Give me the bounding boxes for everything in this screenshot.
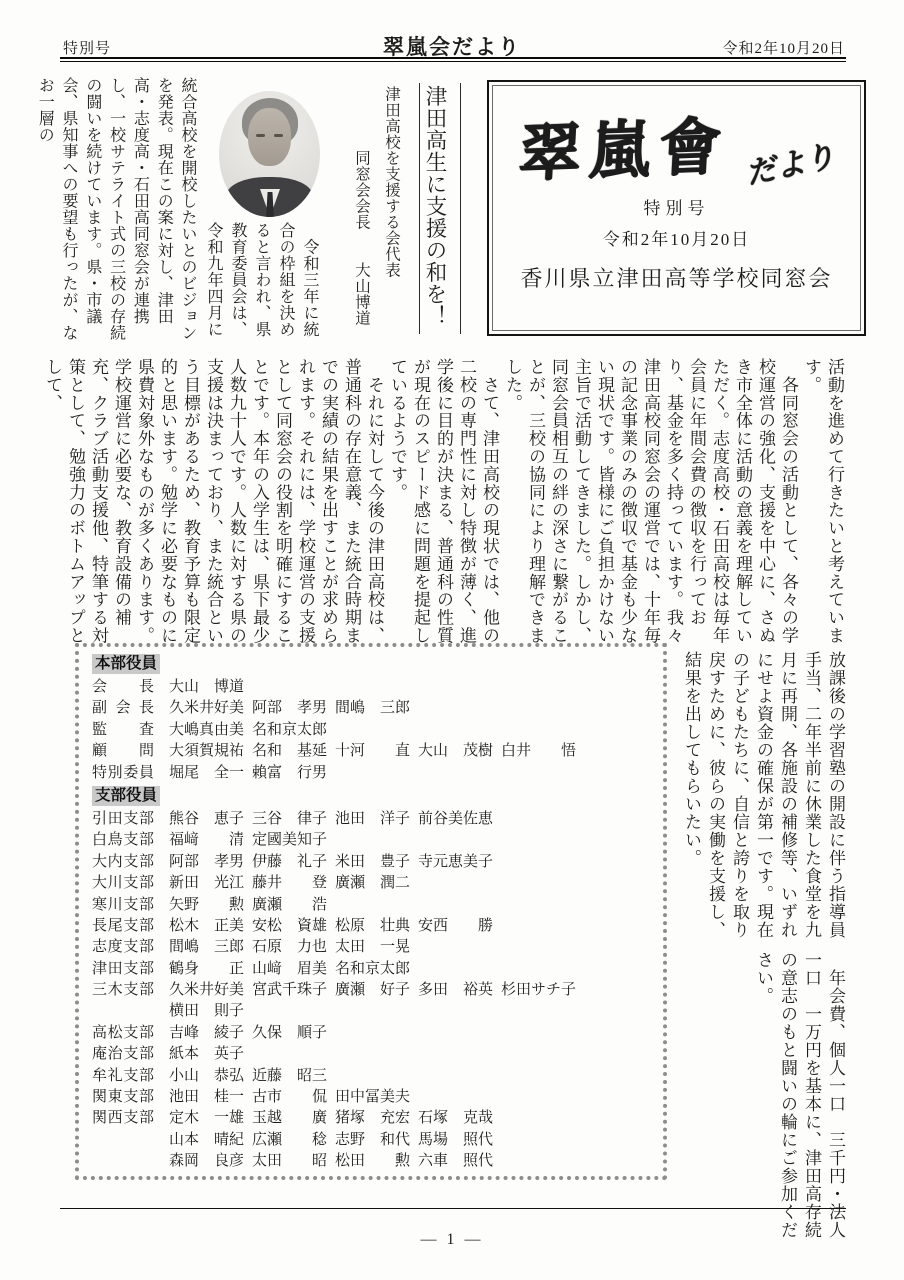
officer-name: 名和京太郎 xyxy=(252,720,335,741)
officer-name: 前谷美佐恵 xyxy=(418,809,501,830)
officer-name: 定木 一雄 xyxy=(169,1108,252,1129)
honbu-rows: 会長大山 博道副会長久米井好美阿部 孝男間嶋 三郎監査大嶋真由美名和京太郎顧問大… xyxy=(92,677,663,784)
officer-role: 特別委員 xyxy=(92,763,154,784)
officer-name: 多田 裕英 xyxy=(418,980,501,1001)
officer-name: 大須賀規祐 xyxy=(169,741,252,762)
officer-row: 副会長久米井好美阿部 孝男間嶋 三郎 xyxy=(92,698,663,719)
calligraphy-title: 翠嵐會 xyxy=(517,96,732,193)
sidebar-text-upper: 放課後の学習塾の開設に伴う指導員手当、二年半前に休業した食堂を九月に再開、各施設… xyxy=(678,651,847,941)
photo-eye-right xyxy=(274,134,283,137)
officer-name: 伊藤 礼子 xyxy=(252,852,335,873)
officer-name: 名和 基延 xyxy=(252,741,335,762)
officer-name: 久保 順子 xyxy=(252,1023,335,1044)
officer-name: 松木 正美 xyxy=(169,916,252,937)
officer-role: 三木支部 xyxy=(92,980,154,1001)
paragraph: 年会費、個人一口 三千円・法人一口 一万円を基本に、津田高存続の意志のもと闘いの… xyxy=(751,951,847,1241)
officer-row: 監査大嶋真由美名和京太郎 xyxy=(92,720,663,741)
officer-name: 米田 豊子 xyxy=(335,852,418,873)
officer-row: 特別委員堀尾 全一賴富 行男 xyxy=(92,763,663,784)
officer-name: 宮武千珠子 xyxy=(252,980,335,1001)
officer-name: 山本 晴紀 xyxy=(169,1130,252,1151)
officer-name: 間嶋 三郎 xyxy=(169,937,252,958)
officer-name: 石原 力也 xyxy=(252,937,335,958)
officer-role: 関東支部 xyxy=(92,1087,154,1108)
officer-name: 矢野 勲 xyxy=(169,895,252,916)
officer-role: 白鳥支部 xyxy=(92,830,154,851)
officer-name: 熊谷 恵子 xyxy=(169,809,252,830)
officer-role: 会長 xyxy=(92,677,154,698)
officer-role: 津田支部 xyxy=(92,959,154,980)
honbu-section-header: 本部役員 xyxy=(92,654,160,674)
officer-role: 志度支部 xyxy=(92,937,154,958)
masthead-date: 令和2年10月20日 xyxy=(493,225,860,250)
paragraph: 放課後の学習塾の開設に伴う指導員手当、二年半前に休業した食堂を九月に再開、各施設… xyxy=(679,651,847,941)
officer-name: 志野 和代 xyxy=(335,1130,418,1151)
officer-name: 近藤 昭三 xyxy=(252,1066,335,1087)
officer-row: 三木支部久米井好美宮武千珠子廣瀬 好子多田 裕英杉田サチ子 xyxy=(92,980,663,1001)
portrait-photo xyxy=(219,91,320,217)
main-article: 活動を進めて行きたいと考えています。 各同窓会の活動として、各々の学校運営の強化… xyxy=(84,358,846,645)
officer-name: 廣瀬 浩 xyxy=(252,895,335,916)
officer-role: 大内支部 xyxy=(92,852,154,873)
officer-name: 田中冨美夫 xyxy=(335,1087,418,1108)
officer-role: 副会長 xyxy=(92,698,154,719)
officer-name: 玉越 廣 xyxy=(252,1108,335,1129)
officer-name: 六車 照代 xyxy=(418,1151,501,1172)
masthead-calligraphy: 翠嵐會だより xyxy=(493,100,860,189)
photo-eye-left xyxy=(256,134,265,137)
officer-name: 太田 昭 xyxy=(252,1151,335,1172)
footer-rule xyxy=(60,1208,846,1209)
officer-name: 吉峰 綾子 xyxy=(169,1023,252,1044)
officer-role: 寒川支部 xyxy=(92,895,154,916)
officer-name: 石塚 克哉 xyxy=(418,1108,501,1129)
officer-name: 馬場 照代 xyxy=(418,1130,501,1151)
officer-name: 新田 光江 xyxy=(169,873,252,894)
masthead-organization: 香川県立津田高等学校同窓会 xyxy=(493,262,860,293)
paragraph: 統合高校を開校したいとのビジョンを発表。現在この案に対し、津田高・志度高・石田高… xyxy=(32,77,199,343)
officer-row: 津田支部鶴身 正山﨑 眉美名和京太郎 xyxy=(92,959,663,980)
officer-name: 廣瀬 潤二 xyxy=(335,873,418,894)
officer-name: 松原 壮典 xyxy=(335,916,418,937)
officer-name: 白井 悟 xyxy=(501,741,584,762)
officer-row: 会長大山 博道 xyxy=(92,677,663,698)
officer-name: 広瀬 稔 xyxy=(252,1130,335,1151)
officer-role: 顧問 xyxy=(92,741,154,762)
officer-row: 横田 則子 xyxy=(92,1001,663,1022)
officer-row: 引田支部熊谷 恵子三谷 律子池田 洋子前谷美佐恵 xyxy=(92,809,663,830)
officer-name: 池田 洋子 xyxy=(335,809,418,830)
officer-name: 猪塚 充宏 xyxy=(335,1108,418,1129)
officer-row: 顧問大須賀規祐名和 基延十河 直大山 茂樹白井 悟 xyxy=(92,741,663,762)
byline-name: 同窓会会長 大山博道 xyxy=(346,86,376,342)
officer-role xyxy=(92,1151,154,1172)
officer-row: 関東支部池田 桂一古市 侃田中冨美夫 xyxy=(92,1087,663,1108)
masthead-box: 翠嵐會だより 特別号 令和2年10月20日 香川県立津田高等学校同窓会 xyxy=(487,80,866,336)
officer-name: 久米井好美 xyxy=(169,980,252,1001)
officer-role xyxy=(92,1130,154,1151)
officer-name: 阿部 孝男 xyxy=(252,698,335,719)
officer-name: 安松 資雄 xyxy=(252,916,335,937)
header-rule xyxy=(60,57,846,62)
officer-row: 山本 晴紀広瀬 稔志野 和代馬場 照代 xyxy=(92,1130,663,1151)
officer-name: 安西 勝 xyxy=(418,916,501,937)
officer-name: 太田 一晃 xyxy=(335,937,418,958)
officer-name: 久米井好美 xyxy=(169,698,252,719)
officer-name: 阿部 孝男 xyxy=(169,852,252,873)
officer-role xyxy=(92,1001,154,1022)
paragraph: 令和三年に統合の枠組を決めると言われ、県教育委員会は、令和九年四月に xyxy=(201,222,321,340)
officer-name: 定國美知子 xyxy=(252,830,335,851)
officer-role: 長尾支部 xyxy=(92,916,154,937)
paragraph: それに対して今後の津田高校は、普通科の存在意義、また統合時期までの実績の結果を出… xyxy=(41,358,386,645)
shibu-rows: 引田支部熊谷 恵子三谷 律子池田 洋子前谷美佐恵白鳥支部福﨑 清定國美知子大内支… xyxy=(92,809,663,1173)
officer-name: 杉田サチ子 xyxy=(501,980,584,1001)
officer-name: 堀尾 全一 xyxy=(169,763,252,784)
officer-role: 高松支部 xyxy=(92,1023,154,1044)
officer-name: 寺元恵美子 xyxy=(418,852,501,873)
sidebar-text-lower: 年会費、個人一口 三千円・法人一口 一万円を基本に、津田高存続の意志のもと闘いの… xyxy=(750,951,847,1241)
officer-row: 関西支部定木 一雄玉越 廣猪塚 充宏石塚 克哉 xyxy=(92,1108,663,1129)
masthead-edition: 特別号 xyxy=(493,194,860,219)
officer-name: 大山 博道 xyxy=(169,677,252,698)
page-number: ― 1 ― xyxy=(0,1231,904,1249)
officer-name: 廣瀬 好子 xyxy=(335,980,418,1001)
officer-name: 三谷 律子 xyxy=(252,809,335,830)
officer-name: 賴富 行男 xyxy=(252,763,335,784)
officer-row: 庵治支部紙本 英子 xyxy=(92,1044,663,1065)
officer-row: 長尾支部松木 正美安松 資雄松原 壮典安西 勝 xyxy=(92,916,663,937)
lead-text-left-columns: 統合高校を開校したいとのビジョンを発表。現在この案に対し、津田高・志度高・石田高… xyxy=(55,77,199,343)
officer-name: 古市 侃 xyxy=(252,1087,335,1108)
newsletter-page: 特別号 翠嵐会だより 令和2年10月20日 翠嵐會だより 特別号 令和2年10月… xyxy=(0,0,904,1280)
officer-row: 森岡 良彦太田 昭松田 勲六車 照代 xyxy=(92,1151,663,1172)
photo-face xyxy=(248,108,291,166)
officer-role: 牟礼支部 xyxy=(92,1066,154,1087)
officer-role: 監査 xyxy=(92,720,154,741)
lead-headline: 津田高生に支援の和を！ xyxy=(419,83,461,334)
officer-role: 関西支部 xyxy=(92,1108,154,1129)
officer-name: 紙本 英子 xyxy=(169,1044,252,1065)
lead-text-under-photo: 令和三年に統合の枠組を決めると言われ、県教育委員会は、令和九年四月に xyxy=(200,222,321,340)
officer-name: 森岡 良彦 xyxy=(169,1151,252,1172)
paragraph: 各同窓会の活動として、各々の学校運営の強化、支援を中心に、さぬき市全体に活動の意… xyxy=(501,358,800,645)
officer-row: 牟礼支部小山 恭弘近藤 昭三 xyxy=(92,1066,663,1087)
officer-name: 小山 恭弘 xyxy=(169,1066,252,1087)
officer-name: 間嶋 三郎 xyxy=(335,698,418,719)
officers-box: 本部役員 会長大山 博道副会長久米井好美阿部 孝男間嶋 三郎監査大嶋真由美名和京… xyxy=(75,643,667,1180)
officer-name: 藤井 登 xyxy=(252,873,335,894)
officer-row: 志度支部間嶋 三郎石原 力也太田 一晃 xyxy=(92,937,663,958)
officer-role: 庵治支部 xyxy=(92,1044,154,1065)
officer-name: 横田 則子 xyxy=(169,1001,252,1022)
officer-row: 白鳥支部福﨑 清定國美知子 xyxy=(92,830,663,851)
officer-name: 大山 茂樹 xyxy=(418,741,501,762)
officer-row: 大内支部阿部 孝男伊藤 礼子米田 豊子寺元恵美子 xyxy=(92,852,663,873)
paragraph: 活動を進めて行きたいと考えています。 xyxy=(800,358,846,645)
byline-role: 津田高校を支援する会代表 xyxy=(376,86,406,342)
officer-name: 鶴身 正 xyxy=(169,959,252,980)
officer-name: 山﨑 眉美 xyxy=(252,959,335,980)
masthead-inner-border: 翠嵐會だより 特別号 令和2年10月20日 香川県立津田高等学校同窓会 xyxy=(492,85,861,331)
lead-byline: 津田高校を支援する会代表 同窓会会長 大山博道 xyxy=(344,86,406,342)
officer-name: 十河 直 xyxy=(335,741,418,762)
header-date: 令和2年10月20日 xyxy=(722,37,845,58)
officer-name: 大嶋真由美 xyxy=(169,720,252,741)
paragraph: さて、津田高校の現状では、他の二校の専門性に対し特徴が薄く、進学後に目的が決まる… xyxy=(386,358,501,645)
officer-row: 寒川支部矢野 勲廣瀬 浩 xyxy=(92,895,663,916)
officer-role: 大川支部 xyxy=(92,873,154,894)
calligraphy-suffix: だより xyxy=(741,131,838,193)
officer-name: 松田 勲 xyxy=(335,1151,418,1172)
officer-row: 大川支部新田 光江藤井 登廣瀬 潤二 xyxy=(92,873,663,894)
officer-name: 福﨑 清 xyxy=(169,830,252,851)
officer-row: 高松支部吉峰 綾子久保 順子 xyxy=(92,1023,663,1044)
officer-name: 名和京太郎 xyxy=(335,959,418,980)
officer-name: 池田 桂一 xyxy=(169,1087,252,1108)
shibu-section-header: 支部役員 xyxy=(92,786,160,806)
officer-role: 引田支部 xyxy=(92,809,154,830)
